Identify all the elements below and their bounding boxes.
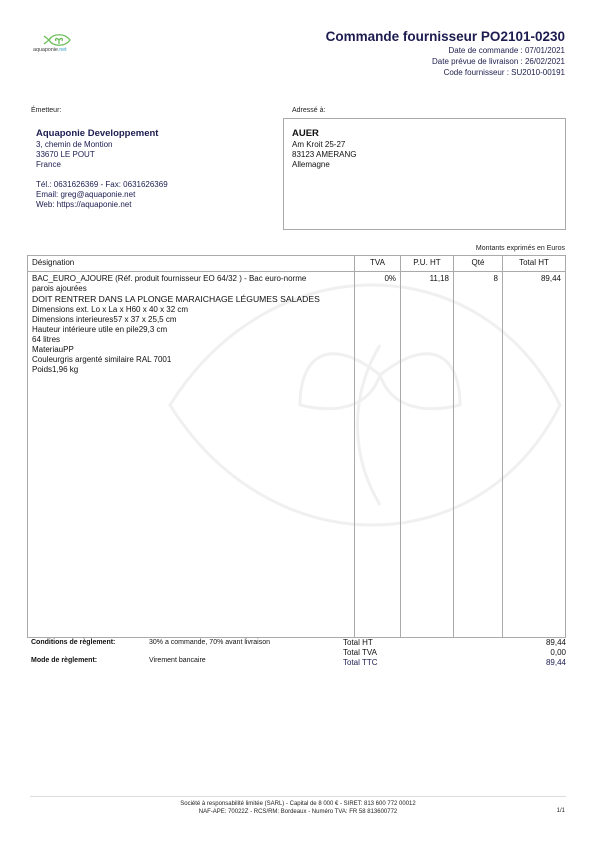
total-ttc-row: Total TTC89,44 — [343, 658, 566, 668]
footer-line2: NAF-APE: 70022Z - RCS/RM: Bordeaux - Num… — [30, 808, 566, 816]
footer-line1: Société à responsabilité limitée (SARL) … — [30, 800, 566, 808]
order-date: Date de commande : 07/01/2021 — [432, 45, 565, 56]
sender-block: Aquaponie Developpement 3, chemin de Mon… — [36, 128, 168, 210]
page-number: 1/1 — [557, 808, 565, 814]
sender-name: Aquaponie Developpement — [36, 128, 168, 140]
conditions-value: 30% a commande, 70% avant livraison — [149, 639, 270, 646]
footer-divider — [30, 796, 566, 797]
designation-line: Dimensions interieures57 x 37 x 25,5 cm — [32, 315, 350, 325]
total-tva-row: Total TVA0,00 — [343, 648, 566, 658]
sender-country: France — [36, 160, 168, 170]
document-title: Commande fournisseur PO2101-0230 — [326, 29, 565, 44]
designation-line: MateriauPP — [32, 345, 350, 355]
designation-line: Poids1,96 kg — [32, 365, 350, 375]
logo-text: aquaponie.net — [33, 47, 67, 53]
supplier-code: Code fournisseur : SU2010-00191 — [432, 67, 565, 78]
mode-value: Virement bancaire — [149, 657, 206, 664]
line-total-ht: 89,44 — [503, 272, 566, 638]
totals-block: Total HT89,44 Total TVA0,00 Total TTC89,… — [343, 638, 566, 668]
recipient-label: Adressé à: — [292, 107, 325, 114]
total-tva-value: 0,00 — [550, 648, 566, 658]
table-row: BAC_EURO_AJOURE (Réf. produit fournisseu… — [28, 272, 566, 638]
recipient-address1: Am Kroit 25-27 — [292, 140, 356, 150]
col-total-ht: Total HT — [503, 256, 566, 272]
sender-address2: 33670 LE POUT — [36, 150, 168, 160]
conditions-label: Conditions de règlement: — [31, 638, 149, 648]
fish-sprout-logo-icon — [42, 32, 72, 48]
total-ttc-label: Total TTC — [343, 658, 378, 668]
recipient-country: Allemagne — [292, 160, 356, 170]
legal-footer: Société à responsabilité limitée (SARL) … — [30, 800, 566, 816]
sender-email: Email: greg@aquaponie.net — [36, 190, 168, 200]
currency-note: Montants exprimés en Euros — [476, 245, 565, 252]
line-designation: BAC_EURO_AJOURE (Réf. produit fournisseu… — [28, 272, 355, 638]
sender-web: Web: https://aquaponie.net — [36, 200, 168, 210]
col-pu-ht: P.U. HT — [401, 256, 454, 272]
mode-label: Mode de règlement: — [31, 656, 149, 666]
document-meta: Date de commande : 07/01/2021 Date prévu… — [432, 45, 565, 78]
designation-line: parois ajourées — [32, 284, 350, 294]
table-header-row: Désignation TVA P.U. HT Qté Total HT — [28, 256, 566, 272]
payment-info: Conditions de règlement:30% a commande, … — [31, 638, 270, 666]
total-tva-label: Total TVA — [343, 648, 377, 658]
recipient-block: AUER Am Kroit 25-27 83123 AMERANG Allema… — [292, 128, 356, 170]
col-qty: Qté — [454, 256, 503, 272]
designation-line: DOIT RENTRER DANS LA PLONGE MARAICHAGE L… — [32, 294, 350, 305]
col-designation: Désignation — [28, 256, 355, 272]
order-lines-table: Désignation TVA P.U. HT Qté Total HT BAC… — [27, 255, 566, 638]
delivery-date: Date prévue de livraison : 26/02/2021 — [432, 56, 565, 67]
total-ht-label: Total HT — [343, 638, 373, 648]
line-qty: 8 — [454, 272, 503, 638]
sender-label: Émetteur: — [31, 107, 61, 114]
recipient-name: AUER — [292, 128, 356, 140]
line-pu-ht: 11,18 — [401, 272, 454, 638]
designation-line: BAC_EURO_AJOURE (Réf. produit fournisseu… — [32, 274, 350, 284]
line-tva: 0% — [355, 272, 401, 638]
designation-line: Hauteur intérieure utile en pile29,3 cm — [32, 325, 350, 335]
col-tva: TVA — [355, 256, 401, 272]
total-ttc-value: 89,44 — [546, 658, 566, 668]
designation-line: Couleurgris argenté similaire RAL 7001 — [32, 355, 350, 365]
sender-phone: Tél.: 0631626369 - Fax: 0631626369 — [36, 180, 168, 190]
recipient-address2: 83123 AMERANG — [292, 150, 356, 160]
designation-line: Dimensions ext. Lo x La x H60 x 40 x 32 … — [32, 305, 350, 315]
designation-line: 64 litres — [32, 335, 350, 345]
total-ht-value: 89,44 — [546, 638, 566, 648]
sender-address1: 3, chemin de Montion — [36, 140, 168, 150]
total-ht-row: Total HT89,44 — [343, 638, 566, 648]
company-logo: aquaponie.net — [30, 30, 90, 56]
